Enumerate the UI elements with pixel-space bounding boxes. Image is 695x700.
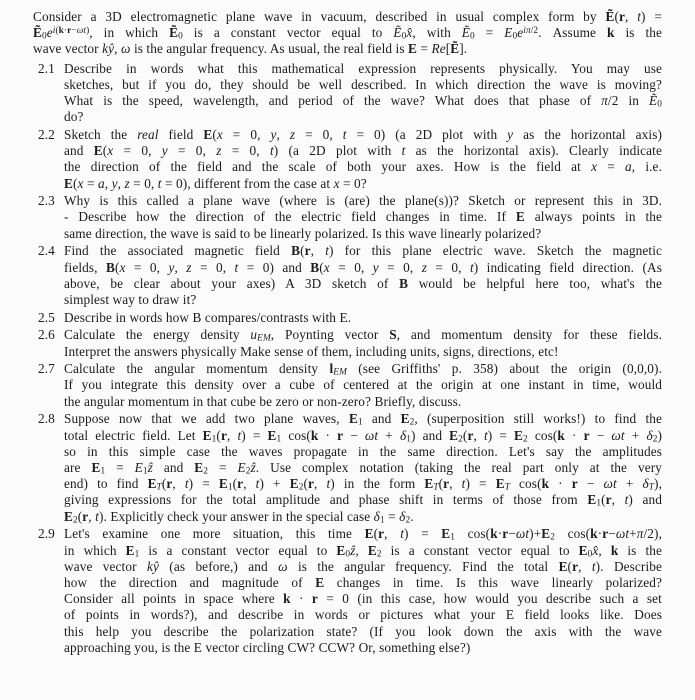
text-line: approaching you, is the E vector circlin… bbox=[64, 640, 662, 656]
text-line: Describe in words how B compares/contras… bbox=[64, 310, 662, 326]
text-line: same direction, the wave is said to be l… bbox=[64, 226, 662, 242]
problem-number: 2.8 bbox=[38, 411, 63, 427]
text-line: Sketch the real field E(x = 0, y, z = 0,… bbox=[64, 127, 662, 143]
problem-item: 2.9Let's examine one more situation, thi… bbox=[33, 526, 662, 656]
problem-item: 2.7Calculate the angular momentum densit… bbox=[33, 361, 662, 410]
problem-number: 2.7 bbox=[38, 361, 63, 377]
text-line: Let's examine one more situation, this t… bbox=[64, 526, 662, 542]
text-line: end) to find ET(r, t) = E1(r, t) + E2(r,… bbox=[64, 476, 662, 492]
problem-body: Let's examine one more situation, this t… bbox=[64, 526, 662, 656]
text-line: Interpret the answers physically Make se… bbox=[64, 344, 662, 360]
text-line: how the direction and magnitude of E cha… bbox=[64, 575, 662, 591]
problem-number: 2.1 bbox=[38, 61, 63, 77]
problem-item: 2.5Describe in words how B compares/cont… bbox=[33, 310, 662, 326]
text-line: - Describe how the direction of the elec… bbox=[64, 209, 662, 225]
problem-body: Find the associated magnetic field B(r, … bbox=[64, 243, 662, 308]
problem-item: 2.6Calculate the energy density uEM, Poy… bbox=[33, 327, 662, 359]
text-line: the direction of the field and the scale… bbox=[64, 159, 662, 175]
text-line: Consider all points in space where k · r… bbox=[64, 591, 662, 607]
text-line: in which E1 is a constant vector equal t… bbox=[64, 543, 662, 559]
problem-body: Sketch the real field E(x = 0, y, z = 0,… bbox=[64, 127, 662, 192]
text-line: and E(x = 0, y = 0, z = 0, t) (a 2D plot… bbox=[64, 143, 662, 159]
text-line: the angular momentum in that cube be zer… bbox=[64, 394, 662, 410]
text-line: total electric field. Let E1(r, t) = E1 … bbox=[64, 428, 662, 444]
problem-body: Why is this called a plane wave (where i… bbox=[64, 193, 662, 242]
text-line: wave vector kŷ, ω is the angular frequen… bbox=[33, 41, 662, 57]
problem-number: 2.2 bbox=[38, 127, 63, 143]
text-line: sketches, but if you do, they should be … bbox=[64, 77, 662, 93]
problem-number: 2.4 bbox=[38, 243, 63, 259]
text-line: wave vector kŷ (as before,) and ω is the… bbox=[64, 559, 662, 575]
problem-number: 2.3 bbox=[38, 193, 63, 209]
text-line: E(x = a, y, z = 0, t = 0), different fro… bbox=[64, 176, 662, 192]
problem-number: 2.6 bbox=[38, 327, 63, 343]
document-page: Consider a 3D electromagnetic plane wave… bbox=[0, 0, 695, 700]
problem-body: Suppose now that we add two plane waves,… bbox=[64, 411, 662, 524]
problem-item: 2.8Suppose now that we add two plane wav… bbox=[33, 411, 662, 524]
text-line: If you integrate this density over a cub… bbox=[64, 377, 662, 393]
text-line: Consider a 3D electromagnetic plane wave… bbox=[33, 9, 662, 25]
text-line: Suppose now that we add two plane waves,… bbox=[64, 411, 662, 427]
text-line: Ẽ0ei(k·r−ωt), in which Ẽ0 is a constant … bbox=[33, 25, 662, 41]
text-line: so in this simple case the waves propaga… bbox=[64, 444, 662, 460]
intro-paragraph: Consider a 3D electromagnetic plane wave… bbox=[33, 9, 662, 58]
text-line: do? bbox=[64, 109, 662, 125]
problem-body: Describe in words what this mathematical… bbox=[64, 61, 662, 126]
problem-item: 2.1Describe in words what this mathemati… bbox=[33, 61, 662, 126]
text-line: Calculate the energy density uEM, Poynti… bbox=[64, 327, 662, 343]
text-line: Why is this called a plane wave (where i… bbox=[64, 193, 662, 209]
text-line: What is the speed, wavelength, and perio… bbox=[64, 93, 662, 109]
problem-body: Calculate the energy density uEM, Poynti… bbox=[64, 327, 662, 359]
text-line: Describe in words what this mathematical… bbox=[64, 61, 662, 77]
problem-item: 2.2Sketch the real field E(x = 0, y, z =… bbox=[33, 127, 662, 192]
problem-list: 2.1Describe in words what this mathemati… bbox=[33, 61, 662, 656]
text-line: giving expressions for the total amplitu… bbox=[64, 492, 662, 508]
text-line: of points in words?), and describe in wo… bbox=[64, 607, 662, 623]
text-line: fields, B(x = 0, y, z = 0, t = 0) and B(… bbox=[64, 260, 662, 276]
problem-body: Describe in words how B compares/contras… bbox=[64, 310, 662, 326]
text-line: above, be clear about your axes) A 3D sk… bbox=[64, 276, 662, 292]
text-line: simplest way to draw it? bbox=[64, 292, 662, 308]
text-line: Calculate the angular momentum density l… bbox=[64, 361, 662, 377]
problem-number: 2.5 bbox=[38, 310, 63, 326]
problem-item: 2.4Find the associated magnetic field B(… bbox=[33, 243, 662, 308]
problem-item: 2.3Why is this called a plane wave (wher… bbox=[33, 193, 662, 242]
problem-body: Calculate the angular momentum density l… bbox=[64, 361, 662, 410]
problem-number: 2.9 bbox=[38, 526, 63, 542]
text-line: this help you describe the polarization … bbox=[64, 624, 662, 640]
text-line: E2(r, t). Explicitly check your answer i… bbox=[64, 509, 662, 525]
text-line: are E1 = E1ẑ and E2 = E2ẑ. Use complex n… bbox=[64, 460, 662, 476]
text-line: Find the associated magnetic field B(r, … bbox=[64, 243, 662, 259]
